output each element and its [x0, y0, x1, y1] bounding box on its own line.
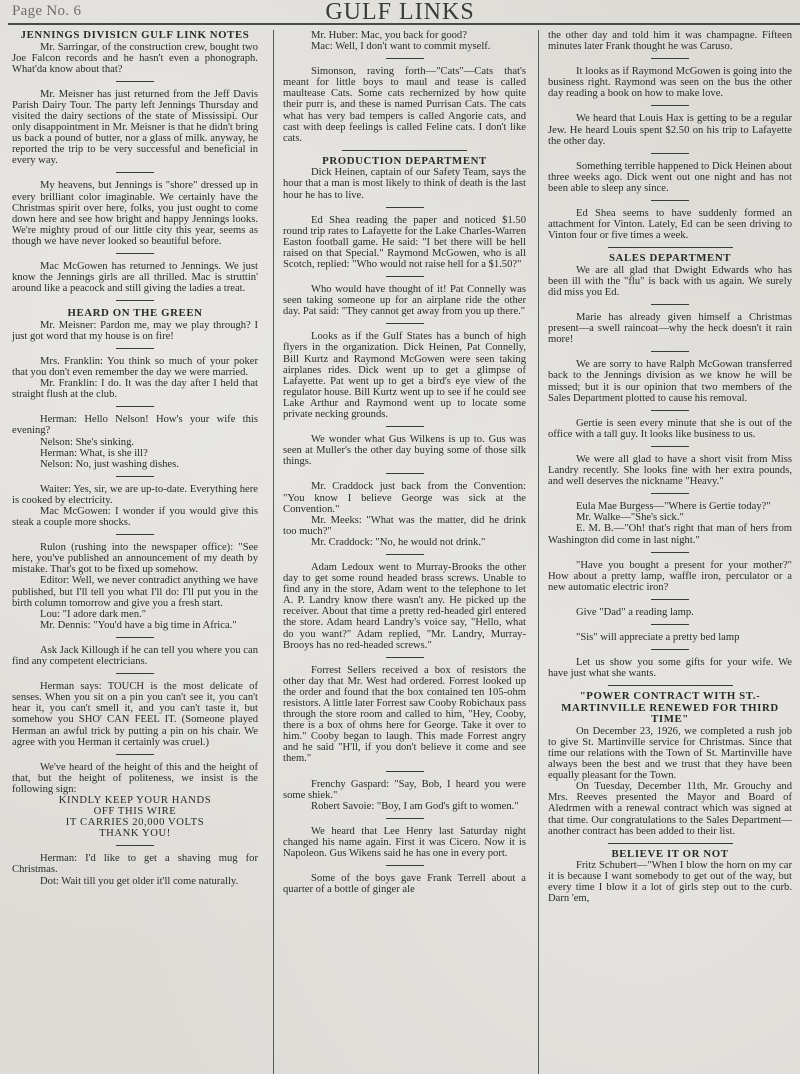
- article-paragraph: Waiter: Yes, sir, we are up-to-date. Eve…: [12, 484, 258, 506]
- sign-line: IT CARRIES 20,000 VOLTS: [12, 817, 258, 828]
- sign-line: KINDLY KEEP YOUR HANDS: [12, 795, 258, 806]
- article-paragraph: Let us show you some gifts for your wife…: [548, 657, 792, 679]
- column-2: Mr. Huber: Mac, you back for good? Mac: …: [283, 30, 526, 1074]
- article-paragraph: It looks as if Raymond McGowen is going …: [548, 66, 792, 99]
- divider: [386, 58, 424, 59]
- article-paragraph: Mac McGowen has returned to Jennings. We…: [12, 261, 258, 294]
- divider: [116, 406, 154, 407]
- divider: [651, 649, 689, 650]
- section-divider: [608, 843, 733, 844]
- divider: [386, 276, 424, 277]
- article-paragraph: Dot: Wait till you get older it'll come …: [12, 876, 258, 887]
- article-paragraph: Robert Savoie: "Boy, I am God's gift to …: [283, 801, 526, 812]
- column-divider: [538, 30, 539, 1074]
- divider: [116, 81, 154, 82]
- article-paragraph: Frenchy Gaspard: "Say, Bob, I heard you …: [283, 779, 526, 801]
- divider: [651, 153, 689, 154]
- article-paragraph: Rulon (rushing into the newspaper office…: [12, 542, 258, 575]
- article-paragraph: Mr. Meeks: "What was the matter, did he …: [283, 515, 526, 537]
- article-paragraph: Editor: Well, we never contradict anythi…: [12, 575, 258, 608]
- section-heading-production: PRODUCTION DEPARTMENT: [283, 156, 526, 168]
- article-paragraph: Some of the boys gave Frank Terrell abou…: [283, 873, 526, 895]
- article-paragraph: Give "Dad" a reading lamp.: [548, 607, 792, 618]
- article-paragraph: Forrest Sellers received a box of resist…: [283, 665, 526, 765]
- divider: [386, 865, 424, 866]
- article-paragraph: We heard that Louis Hax is getting to be…: [548, 113, 792, 146]
- article-paragraph: We wonder what Gus Wilkens is up to. Gus…: [283, 434, 526, 467]
- article-paragraph: "Sis" will appreciate a pretty bed lamp: [548, 632, 792, 643]
- divider: [116, 845, 154, 846]
- section-heading-jennings: JENNINGS DIVISICN GULF LINK NOTES: [12, 30, 258, 42]
- article-paragraph: We were all glad to have a short visit f…: [548, 454, 792, 487]
- divider: [116, 253, 154, 254]
- article-paragraph: Who would have thought of it! Pat Connel…: [283, 284, 526, 317]
- article-paragraph: My heavens, but Jennings is "shore" dres…: [12, 180, 258, 247]
- article-paragraph: Mr. Franklin: I do. It was the day after…: [12, 378, 258, 400]
- divider: [386, 323, 424, 324]
- newspaper-page: Page No. 6 GULF LINKS JENNINGS DIVISICN …: [0, 0, 800, 1074]
- masthead: Page No. 6 GULF LINKS: [0, 0, 800, 24]
- article-paragraph: Mr. Meisner has just returned from the J…: [12, 89, 258, 167]
- article-paragraph: We heard that Lee Henry last Saturday ni…: [283, 826, 526, 859]
- divider: [386, 818, 424, 819]
- article-paragraph: We've heard of the height of this and th…: [12, 762, 258, 795]
- divider: [116, 637, 154, 638]
- section-heading-power-contract: "POWER CONTRACT WITH ST.-MARTINVILLE REN…: [548, 691, 792, 726]
- column-3: the other day and told him it was champa…: [548, 30, 792, 1074]
- divider: [116, 172, 154, 173]
- article-paragraph: Mr. Walke—"She's sick.": [548, 512, 792, 523]
- article-paragraph: We are sorry to have Ralph McGowan trans…: [548, 359, 792, 403]
- section-heading-green: HEARD ON THE GREEN: [12, 308, 258, 320]
- article-paragraph: Gertie is seen every minute that she is …: [548, 418, 792, 440]
- section-heading-believe-it: BELIEVE IT OR NOT: [548, 849, 792, 861]
- article-paragraph: Simonson, raving forth—"Cats"—Cats that'…: [283, 66, 526, 144]
- article-paragraph: Lou: "I adore dark men.": [12, 609, 258, 620]
- article-paragraph: Adam Ledoux went to Murray-Brooks the ot…: [283, 562, 526, 651]
- article-paragraph: the other day and told him it was champa…: [548, 30, 792, 52]
- article-paragraph: Ask Jack Killough if he can tell you whe…: [12, 645, 258, 667]
- divider: [651, 200, 689, 201]
- divider: [116, 754, 154, 755]
- article-paragraph: Ed Shea seems to have suddenly formed an…: [548, 208, 792, 241]
- article-paragraph: Dick Heinen, captain of our Safety Team,…: [283, 167, 526, 200]
- article-paragraph: "Have you bought a present for your moth…: [548, 560, 792, 593]
- divider: [651, 599, 689, 600]
- article-paragraph: Mr. Huber: Mac, you back for good?: [283, 30, 526, 41]
- column-divider: [273, 30, 274, 1074]
- article-paragraph: Mac McGowen: I wonder if you would give …: [12, 506, 258, 528]
- article-paragraph: E. M. B.—"Oh! that's right that man of h…: [548, 523, 792, 545]
- divider: [651, 304, 689, 305]
- article-paragraph: On December 23, 1926, we completed a rus…: [548, 726, 792, 781]
- section-divider: [608, 247, 733, 248]
- article-paragraph: Ed Shea reading the paper and noticed $1…: [283, 215, 526, 270]
- divider: [651, 493, 689, 494]
- article-paragraph: Herman: I'd like to get a shaving mug fo…: [12, 853, 258, 875]
- article-paragraph: Mr. Craddock just back from the Conventi…: [283, 481, 526, 514]
- article-paragraph: Mr. Craddock: "No, he would not drink.": [283, 537, 526, 548]
- article-paragraph: Mr. Dennis: "You'd have a big time in Af…: [12, 620, 258, 631]
- divider: [386, 473, 424, 474]
- divider: [386, 657, 424, 658]
- section-divider: [608, 685, 733, 686]
- article-paragraph: Fritz Schubert—"When I blow the horn on …: [548, 860, 792, 904]
- divider: [116, 476, 154, 477]
- article-paragraph: Eula Mae Burgess—"Where is Gertie today?…: [548, 501, 792, 512]
- article-paragraph: Mr. Meisner: Pardon me, may we play thro…: [12, 320, 258, 342]
- article-paragraph: Herman: Hello Nelson! How's your wife th…: [12, 414, 258, 436]
- divider: [386, 207, 424, 208]
- article-paragraph: Nelson: She's sinking.: [12, 437, 258, 448]
- article-paragraph: Marie has already given himself a Christ…: [548, 312, 792, 345]
- article-paragraph: We are all glad that Dwight Edwards who …: [548, 265, 792, 298]
- divider: [651, 410, 689, 411]
- article-paragraph: Looks as if the Gulf States has a bunch …: [283, 331, 526, 420]
- article-paragraph: Mr. Sarringar, of the construction crew,…: [12, 42, 258, 75]
- article-paragraph: On Tuesday, December 11th, Mr. Grouchy a…: [548, 781, 792, 836]
- divider: [651, 351, 689, 352]
- article-paragraph: Something terrible happened to Dick Hein…: [548, 161, 792, 194]
- divider: [116, 348, 154, 349]
- masthead-rule: [8, 23, 800, 25]
- sign-line: THANK YOU!: [12, 828, 258, 839]
- section-divider: [342, 150, 467, 151]
- article-paragraph: Herman says: TOUCH is the most delicate …: [12, 681, 258, 748]
- divider: [651, 105, 689, 106]
- divider: [386, 771, 424, 772]
- divider: [116, 534, 154, 535]
- article-paragraph: Mac: Well, I don't want to commit myself…: [283, 41, 526, 52]
- divider: [116, 673, 154, 674]
- divider: [651, 58, 689, 59]
- article-paragraph: Nelson: No, just washing dishes.: [12, 459, 258, 470]
- divider: [651, 624, 689, 625]
- divider: [651, 552, 689, 553]
- sign-line: OFF THIS WIRE: [12, 806, 258, 817]
- divider: [116, 300, 154, 301]
- article-paragraph: Herman: What, is she ill?: [12, 448, 258, 459]
- column-1: JENNINGS DIVISICN GULF LINK NOTES Mr. Sa…: [12, 30, 258, 1074]
- article-paragraph: Mrs. Franklin: You think so much of your…: [12, 356, 258, 378]
- divider: [651, 446, 689, 447]
- section-heading-sales: SALES DEPARTMENT: [548, 253, 792, 265]
- divider: [386, 426, 424, 427]
- divider: [386, 554, 424, 555]
